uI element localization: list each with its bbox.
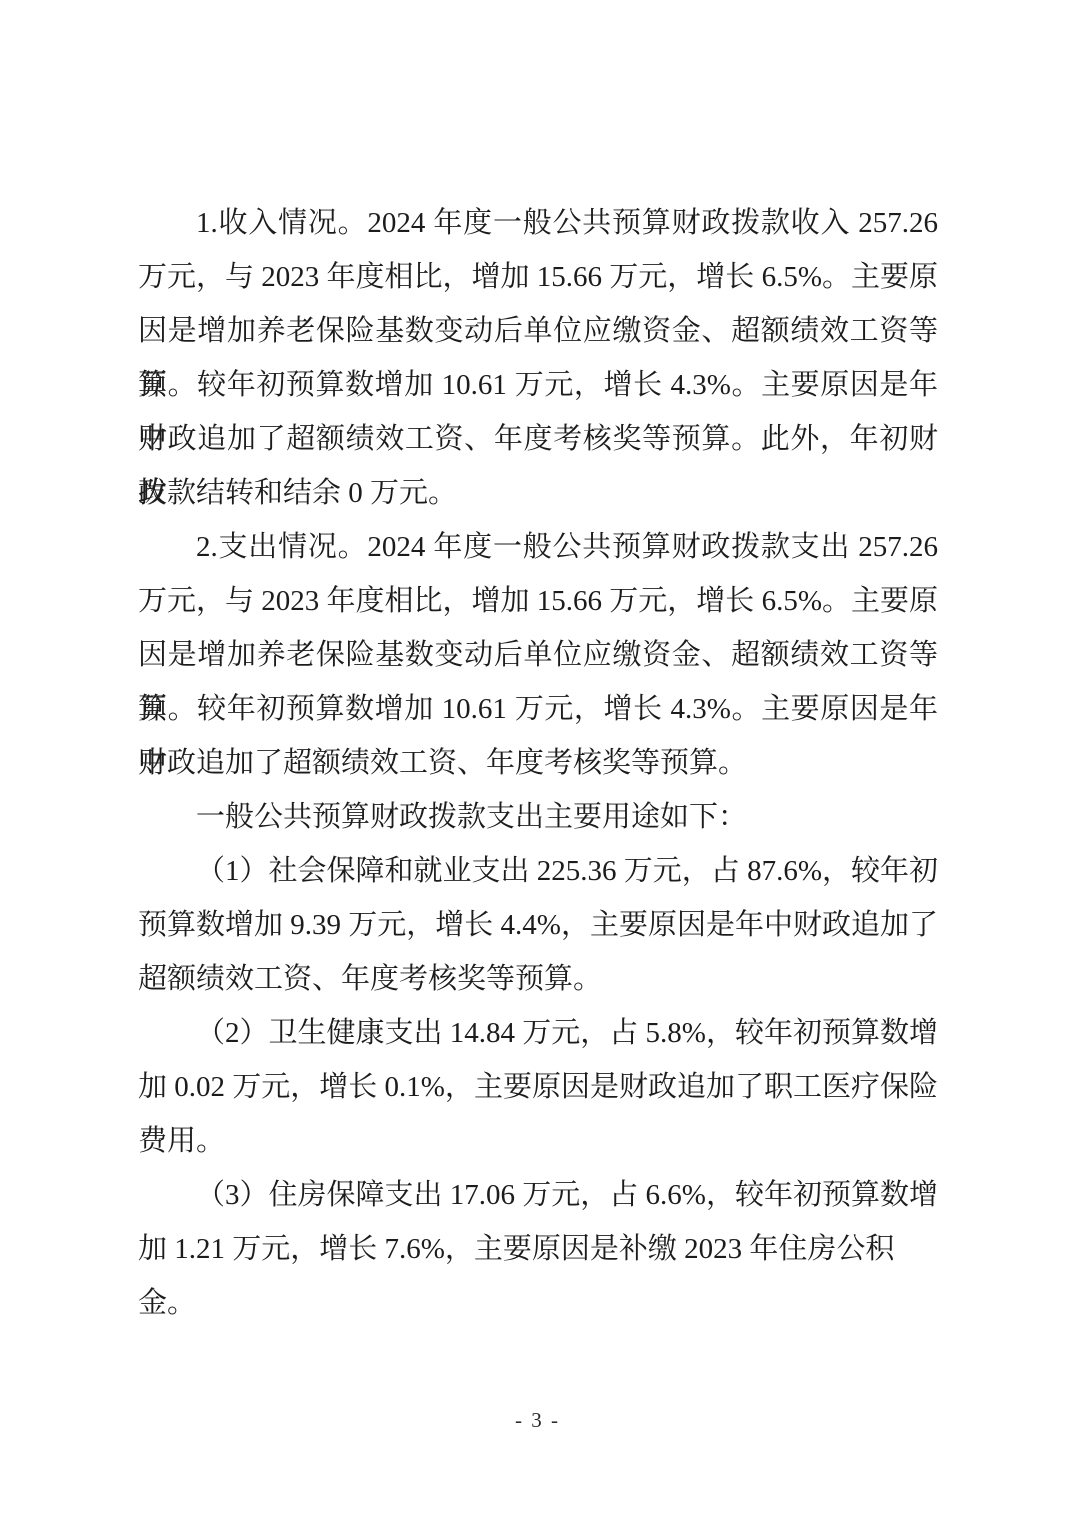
text-line: （3）住房保障支出 17.06 万元，占 6.6%，较年初预算数增 bbox=[138, 1168, 938, 1222]
document-body: 1.收入情况。2024 年度一般公共预算财政拨款收入 257.26万元，与 20… bbox=[138, 196, 938, 1276]
text-line: 财政追加了超额绩效工资、年度考核奖等预算。 bbox=[138, 736, 938, 790]
text-line: 预算数增加 9.39 万元，增长 4.4%，主要原因是年中财政追加了 bbox=[138, 898, 938, 952]
page-number: - 3 - bbox=[0, 1405, 1075, 1435]
text-line: 一般公共预算财政拨款支出主要用途如下： bbox=[138, 790, 938, 844]
text-line: 算。较年初预算数增加 10.61 万元，增长 4.3%。主要原因是年中 bbox=[138, 682, 938, 736]
text-line: 费用。 bbox=[138, 1114, 938, 1168]
text-line: 拨款结转和结余 0 万元。 bbox=[138, 466, 938, 520]
text-line: 因是增加养老保险基数变动后单位应缴资金、超额绩效工资等预 bbox=[138, 628, 938, 682]
text-line: 加 1.21 万元，增长 7.6%，主要原因是补缴 2023 年住房公积金。 bbox=[138, 1222, 938, 1276]
text-line: 因是增加养老保险基数变动后单位应缴资金、超额绩效工资等预 bbox=[138, 304, 938, 358]
text-line: （2）卫生健康支出 14.84 万元，占 5.8%，较年初预算数增 bbox=[138, 1006, 938, 1060]
text-line: （1）社会保障和就业支出 225.36 万元，占 87.6%，较年初 bbox=[138, 844, 938, 898]
text-line: 万元，与 2023 年度相比，增加 15.66 万元，增长 6.5%。主要原 bbox=[138, 250, 938, 304]
text-line: 2.支出情况。2024 年度一般公共预算财政拨款支出 257.26 bbox=[138, 520, 938, 574]
text-line: 超额绩效工资、年度考核奖等预算。 bbox=[138, 952, 938, 1006]
document-page: 1.收入情况。2024 年度一般公共预算财政拨款收入 257.26万元，与 20… bbox=[0, 0, 1075, 1520]
text-line: 1.收入情况。2024 年度一般公共预算财政拨款收入 257.26 bbox=[138, 196, 938, 250]
text-line: 财政追加了超额绩效工资、年度考核奖等预算。此外，年初财政 bbox=[138, 412, 938, 466]
text-line: 万元，与 2023 年度相比，增加 15.66 万元，增长 6.5%。主要原 bbox=[138, 574, 938, 628]
text-line: 算。较年初预算数增加 10.61 万元，增长 4.3%。主要原因是年中 bbox=[138, 358, 938, 412]
text-line: 加 0.02 万元，增长 0.1%，主要原因是财政追加了职工医疗保险 bbox=[138, 1060, 938, 1114]
